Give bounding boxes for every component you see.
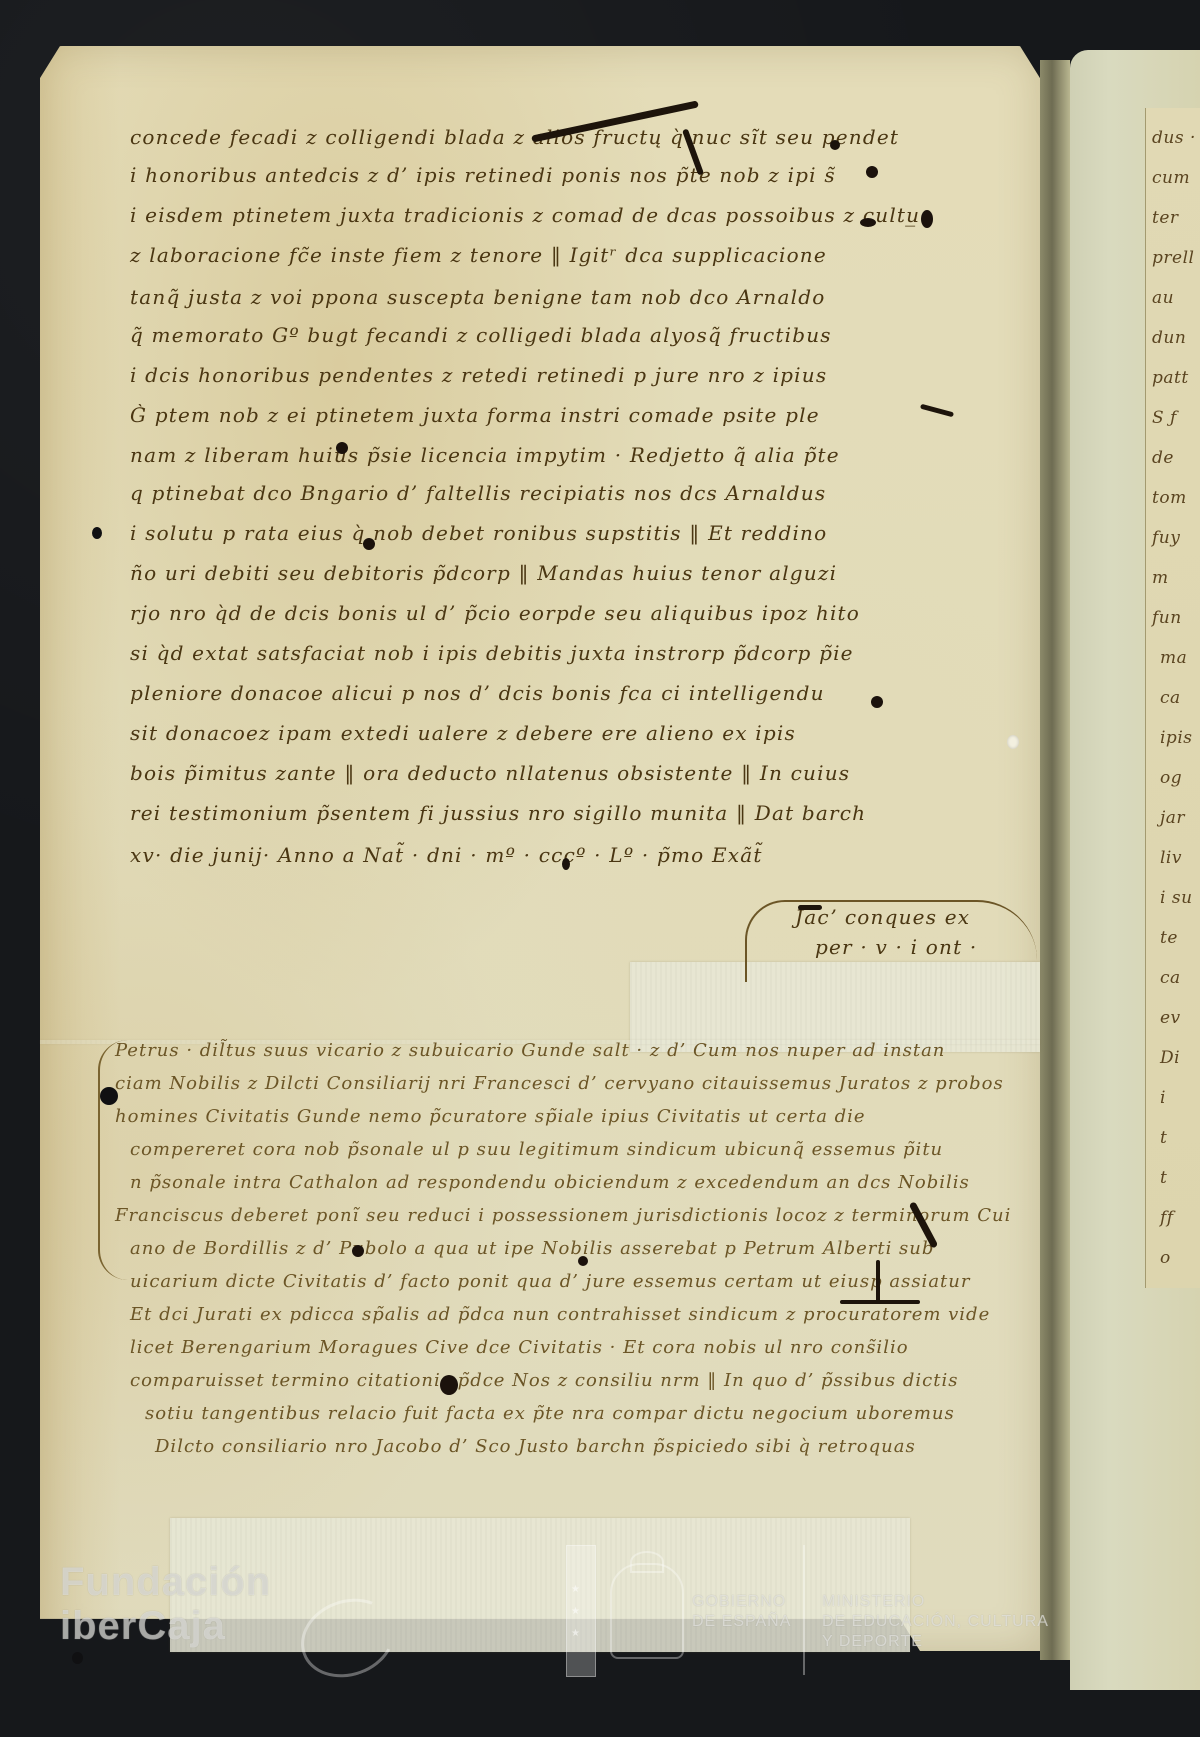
text-line: Et dci Jurati ex pdicca sp̃alis ad p̃dca… [130,1304,990,1325]
right-leaf-fragment: t [1160,1168,1167,1188]
ink-blot [871,696,883,708]
text-line: i solutu p rata eius q̀ nob debet ronibu… [130,521,827,545]
watermark-divider [803,1545,805,1675]
right-leaf-fragment: dun [1152,328,1186,348]
text-line: concede fecadi z colligendi blada z alio… [130,125,899,149]
watermark-line: DE EDUCACIÓN, CULTURA [822,1612,1049,1632]
star-icon: ★ [571,1584,580,1595]
right-leaf-fragment: liv [1160,848,1182,868]
text-line: Dilcto consiliario nro Jacobo d’ Sco Jus… [155,1436,916,1457]
right-leaf-fragment: ipis [1160,728,1192,748]
star-icon: ★ [571,1606,580,1617]
punch-hole [1007,735,1019,749]
text-line: rjo nro q̀d de dcis bonis ul d’ p̃cio eo… [130,601,860,625]
text-line: i eisdem ptinetem juxta tradicionis z co… [130,203,920,227]
punch-hole [72,1652,83,1664]
right-leaf-fragment: ff [1160,1208,1174,1228]
right-leaf-fragment: m [1152,568,1169,588]
watermark-line: iberCaja [60,1604,271,1648]
right-leaf-fragment: prell [1152,248,1194,268]
right-leaf-fragment: jar [1160,808,1185,828]
right-leaf-fragment: fun [1152,608,1182,628]
right-leaf-fragment: ca [1160,968,1181,988]
punch-hole [92,527,102,539]
ink-blot [860,218,876,227]
text-line: sotiu tangentibus relacio fuit facta ex … [145,1403,955,1424]
text-line: Petrus · dil̃tus suus vicario z subuicar… [115,1040,945,1061]
right-leaf-fragment: S ƒ [1152,408,1177,428]
text-line: ano de Bordillis z d’ Pubolo a qua ut ip… [130,1238,934,1259]
right-leaf-fragment: dus · q [1152,128,1200,148]
text-line: i honoribus antedcis z d’ ipis retinedi … [130,163,836,187]
binding-gutter [1040,60,1070,1660]
fundacion-ibercaja-watermark: Fundación iberCaja [60,1560,271,1648]
right-leaf-fragment: patt [1152,368,1189,388]
ink-blot [562,858,570,870]
ink-blot [352,1245,364,1257]
text-line: bois p̃imitus zante ‖ ora deducto nllate… [130,761,850,785]
coat-of-arms-icon [610,1563,684,1659]
text-line: uicarium dicte Civitatis d’ facto ponit … [130,1271,970,1292]
ink-blot [363,538,375,550]
text-line: n p̃sonale intra Cathalon ad respondendu… [130,1172,970,1193]
ink-blot [440,1375,458,1395]
text-line: comparuisset termino citationis p̃dce No… [130,1370,958,1391]
watermark-line: GOBIERNO [692,1592,791,1612]
watermark-line: MINISTERIO [822,1592,1049,1612]
text-line: nam z liberam huius p̃sie licencia impyt… [130,443,840,467]
text-line: xv· die junij· Anno a Nat̃ · dni · mº · … [130,843,763,867]
right-leaf-fragment: i su [1160,888,1193,908]
signature-line: per · v · i ont · [815,935,977,959]
ink-blot [578,1256,588,1266]
right-leaf-fragment: ter [1152,208,1179,228]
watermark-line: Y DEPORTE [822,1632,1049,1652]
right-leaf-fragment: ma [1160,648,1187,668]
ink-stroke [798,905,822,910]
text-line: rei testimonium p̃sentem fi jussius nro … [130,801,866,825]
text-line: si q̀d extat satsfaciat nob i ipis debit… [130,641,854,665]
repair-patch-bottom [170,1518,910,1652]
star-icon: ★ [571,1628,580,1639]
right-leaf-fragment: cum [1152,168,1190,188]
right-leaf-fragment: ev [1160,1008,1181,1028]
text-line: tanq̃ justa z voi ppona suscepta benigne… [130,285,825,309]
ink-blot [921,210,933,228]
right-leaf-fragment: au [1152,288,1174,308]
text-line: q̃ memorato Gº bugt fecandi z colligedi … [130,323,832,347]
text-line: ño uri debiti seu debitoris p̃dcorp ‖ M… [130,561,837,585]
text-line: sit donacoez ipam extedi ualere z debere… [130,721,796,745]
right-leaf-fragment: te [1160,928,1178,948]
text-line: Franciscus deberet ponĩ seu reduci i pos… [115,1205,1011,1226]
right-leaf-fragment: tom [1152,488,1187,508]
watermark-line: Fundación [60,1560,271,1604]
right-leaf-fragment: ca [1160,688,1181,708]
ink-stroke [840,1300,920,1304]
text-line: i dcis honoribus pendentes z retedi reti… [130,363,827,387]
watermark-line: DE ESPAÑA [692,1612,791,1632]
text-line: q ptinebat dco Bngario d’ faltellis reci… [130,481,826,505]
text-line: licet Berengarium Moragues Cive dce Civi… [130,1337,909,1358]
ink-stroke [876,1260,880,1302]
right-leaf-fragment: de [1152,448,1174,468]
right-leaf-fragment: Di [1160,1048,1180,1068]
ink-blot [830,140,840,150]
right-leaf-fragment: fuy [1152,528,1180,548]
right-leaf-fragment: i [1160,1088,1166,1108]
gobierno-espana-watermark: GOBIERNO DE ESPAÑA [692,1592,791,1632]
punch-hole [100,1087,118,1105]
right-leaf-fragment: t [1160,1128,1167,1148]
text-line: compereret cora nob p̃sonale ul p suu le… [130,1139,943,1160]
text-line: G̀ ptem nob z ei ptinetem juxta forma in… [130,403,820,427]
text-line: homines Civitatis Gunde nemo p̃curatore … [115,1106,866,1127]
right-leaf-fragment: og [1160,768,1182,788]
text-line: z laboracione fc̃e inste fiem z tenore ‖… [130,243,827,267]
ministerio-watermark: MINISTERIO DE EDUCACIÓN, CULTURA Y DEPOR… [822,1592,1049,1652]
ink-blot [866,166,878,178]
text-line: pleniore donacoe alicui p nos d’ dcis bo… [130,681,825,705]
text-line: ciam Nobilis z Dilcti Consiliarij nri Fr… [115,1073,1004,1094]
upper-text-block: concede fecadi z colligendi blada z alio… [130,125,1010,905]
right-leaf-fragment: o [1160,1248,1171,1268]
lower-text-block: Petrus · dil̃tus suus vicario z subuicar… [115,1040,1015,1480]
ink-blot [336,442,348,454]
